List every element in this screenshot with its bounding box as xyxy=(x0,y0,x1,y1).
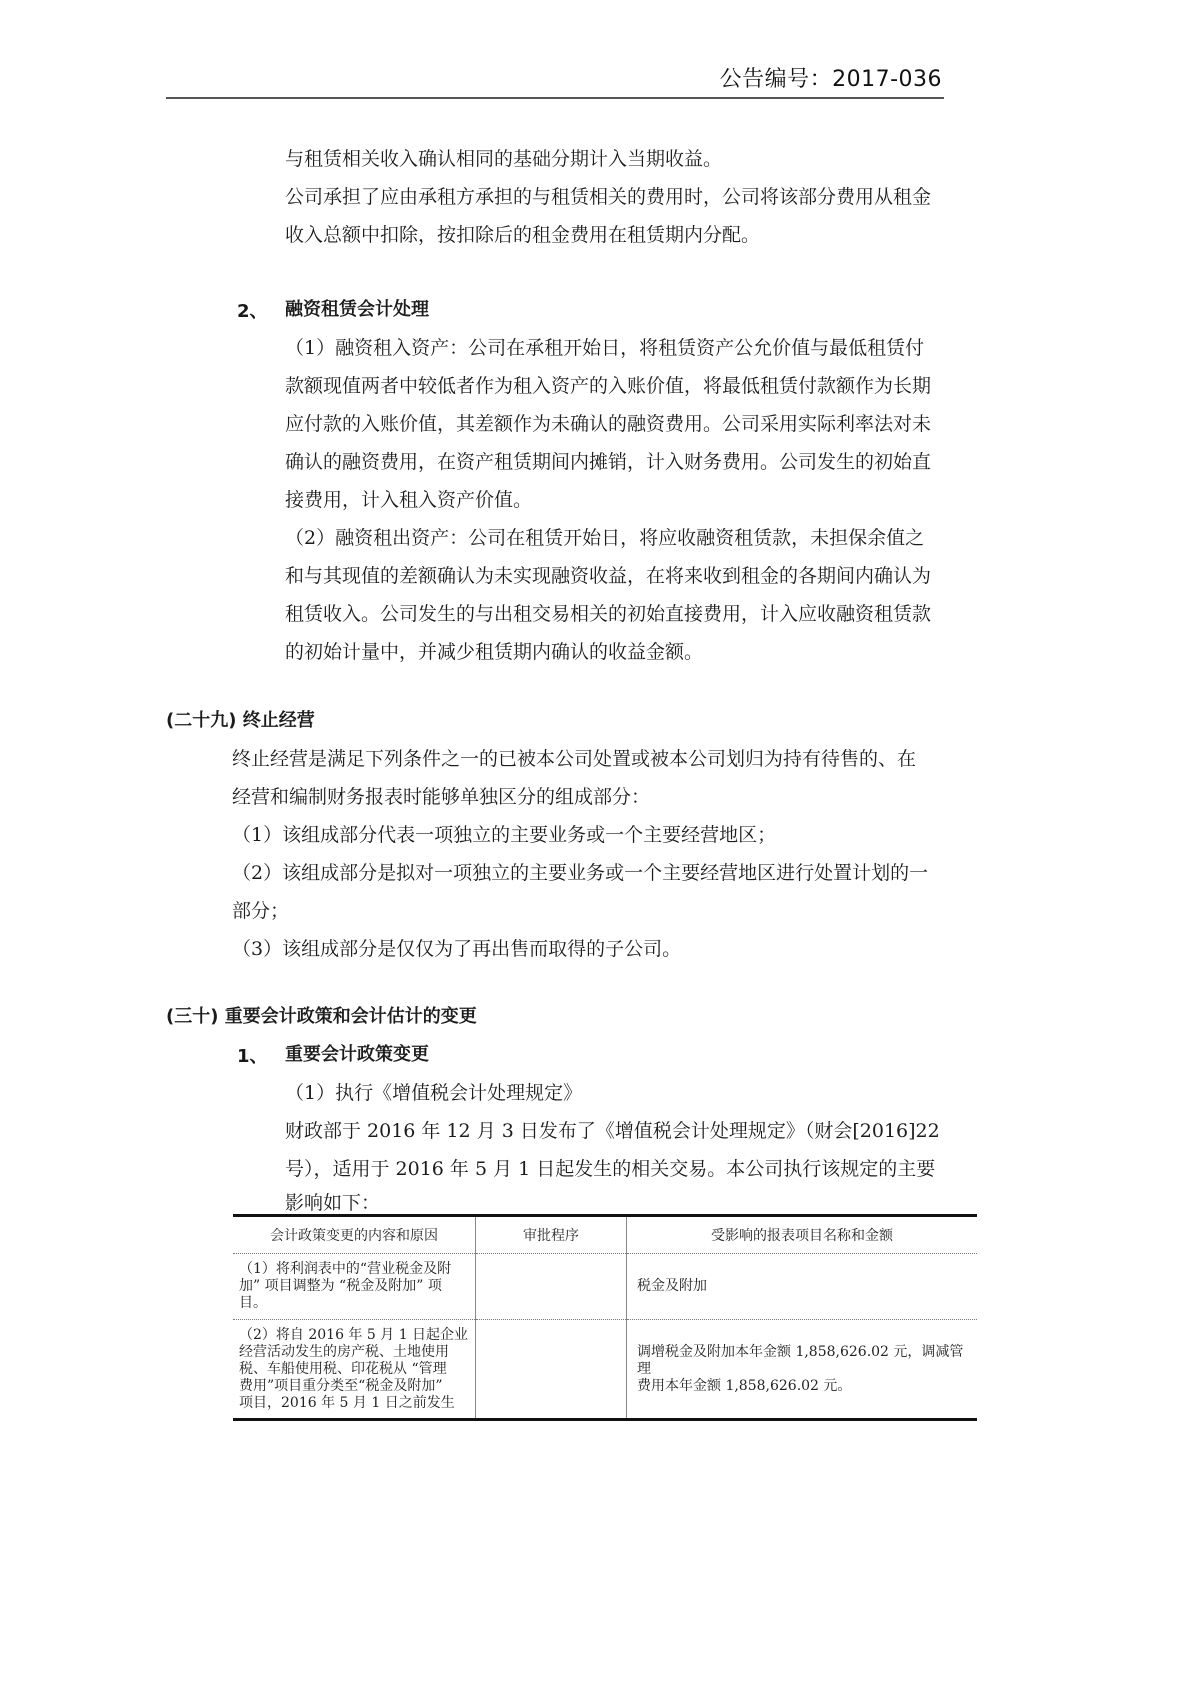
paragraph-line: （1）融资租入资产：公司在承租开始日，将租赁资产公允价值与最低租赁付 xyxy=(285,335,924,361)
paragraph-line: 收入总额中扣除，按扣除后的租金费用在租赁期内分配。 xyxy=(285,222,760,248)
cell-affected: 调增税金及附加本年金额 1,858,626.02 元，调减管理 费用本年金额 1… xyxy=(627,1320,978,1420)
paragraph-line: （2）该组成部分是拟对一项独立的主要业务或一个主要经营地区进行处置计划的一 xyxy=(232,860,928,886)
paragraph-line: 和与其现值的差额确认为未实现融资收益，在将来收到租金的各期间内确认为 xyxy=(285,563,931,589)
column-header-affected: 受影响的报表项目名称和金额 xyxy=(627,1216,978,1254)
document-page: 公告编号：2017-036 与租赁相关收入确认相同的基础分期计入当期收益。 公司… xyxy=(0,0,1200,1696)
paragraph-line: 号），适用于 2016 年 5 月 1 日起发生的相关交易。本公司执行该规定的主… xyxy=(285,1156,935,1182)
section-heading: (二十九) 终止经营 xyxy=(166,708,315,734)
cell-reason: （1）将利润表中的“营业税金及附 加” 项目调整为 “税金及附加” 项 目。 xyxy=(233,1254,476,1320)
paragraph-line: 租赁收入。公司发生的与出租交易相关的初始直接费用，计入应收融资租赁款 xyxy=(285,601,931,627)
cell-approval xyxy=(476,1254,627,1320)
announcement-number: 公告编号：2017-036 xyxy=(720,62,942,93)
paragraph-line: 财政部于 2016 年 12 月 3 日发布了《增值税会计处理规定》（财会[20… xyxy=(285,1118,940,1144)
section-number: 1、 xyxy=(237,1042,268,1068)
section-number: 2、 xyxy=(237,297,268,323)
table-header-row: 会计政策变更的内容和原因 审批程序 受影响的报表项目名称和金额 xyxy=(233,1216,977,1254)
item-heading: （1）执行《增值税会计处理规定》 xyxy=(285,1080,582,1106)
table-row: （2）将自 2016 年 5 月 1 日起企业 经营活动发生的房产税、土地使用 … xyxy=(233,1320,977,1420)
paragraph-line: 接费用，计入租入资产价值。 xyxy=(285,487,532,513)
paragraph-line: 的初始计量中，并减少租赁期内确认的收益金额。 xyxy=(285,639,703,665)
paragraph-line: 确认的融资费用，在资产租赁期间内摊销，计入财务费用。公司发生的初始直 xyxy=(285,449,931,475)
table-row: （1）将利润表中的“营业税金及附 加” 项目调整为 “税金及附加” 项 目。 税… xyxy=(233,1254,977,1320)
header-rule xyxy=(166,97,944,99)
column-header-reason: 会计政策变更的内容和原因 xyxy=(233,1216,476,1254)
paragraph-line: 款额现值两者中较低者作为租入资产的入账价值，将最低租赁付款额作为长期 xyxy=(285,373,931,399)
paragraph-line: （2）融资租出资产：公司在租赁开始日，将应收融资租赁款，未担保余值之 xyxy=(285,525,924,551)
section-heading: 融资租赁会计处理 xyxy=(285,297,429,323)
column-header-approval: 审批程序 xyxy=(476,1216,627,1254)
policy-change-table: 会计政策变更的内容和原因 审批程序 受影响的报表项目名称和金额 （1）将利润表中… xyxy=(233,1214,977,1421)
paragraph-line: 影响如下： xyxy=(285,1190,380,1216)
paragraph-line: （3）该组成部分是仅仅为了再出售而取得的子公司。 xyxy=(232,936,681,962)
paragraph-line: 公司承担了应由承租方承担的与租赁相关的费用时，公司将该部分费用从租金 xyxy=(285,184,931,210)
paragraph-line: （1）该组成部分代表一项独立的主要业务或一个主要经营地区； xyxy=(232,822,776,848)
paragraph-line: 应付款的入账价值，其差额作为未确认的融资费用。公司采用实际利率法对未 xyxy=(285,411,931,437)
paragraph-line: 部分； xyxy=(232,898,289,924)
paragraph-line: 与租赁相关收入确认相同的基础分期计入当期收益。 xyxy=(285,146,722,172)
cell-approval xyxy=(476,1320,627,1420)
cell-reason: （2）将自 2016 年 5 月 1 日起企业 经营活动发生的房产税、土地使用 … xyxy=(233,1320,476,1420)
cell-affected: 税金及附加 xyxy=(627,1254,978,1320)
section-heading: (三十) 重要会计政策和会计估计的变更 xyxy=(166,1004,477,1030)
subsection-heading: 重要会计政策变更 xyxy=(285,1042,429,1068)
paragraph-line: 经营和编制财务报表时能够单独区分的组成部分： xyxy=(232,784,650,810)
paragraph-line: 终止经营是满足下列条件之一的已被本公司处置或被本公司划归为持有待售的、在 xyxy=(232,746,916,772)
